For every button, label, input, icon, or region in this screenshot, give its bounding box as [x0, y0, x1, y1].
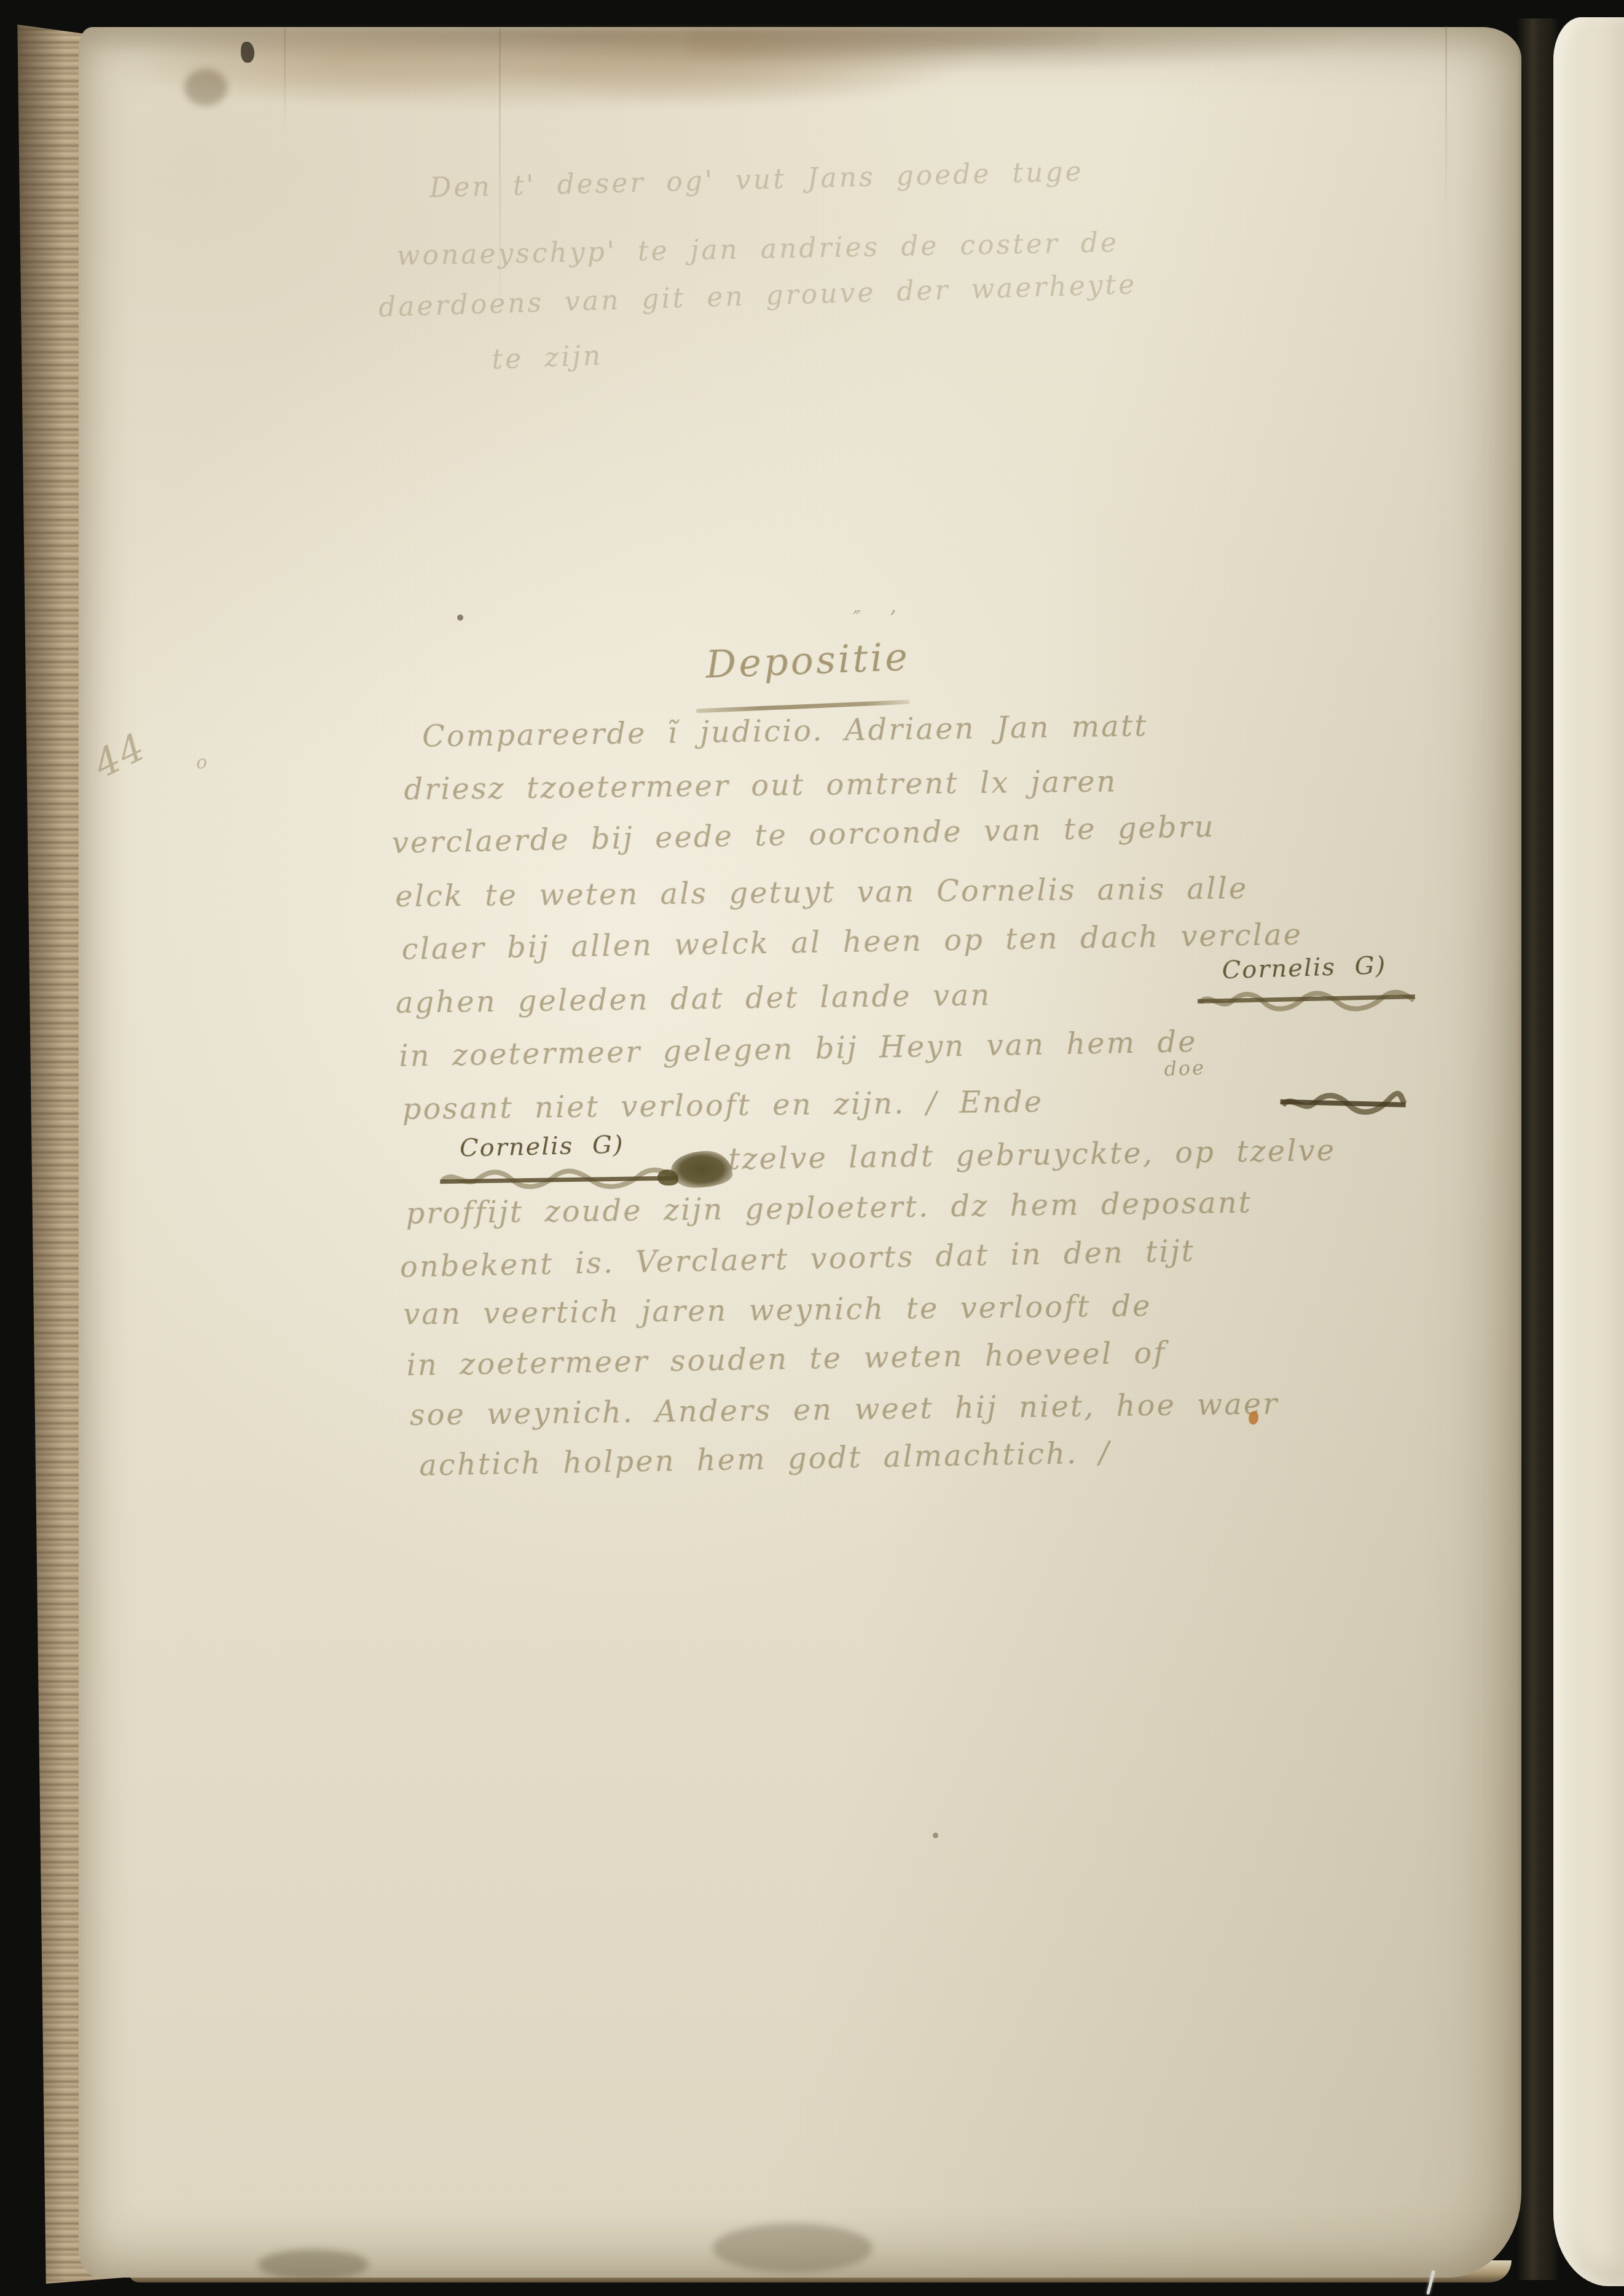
header-note-line: Den t' deser og' vut Jans goede tuge	[430, 159, 1085, 202]
body-line: elck te weten als getuyt van Cornelis an…	[395, 874, 1248, 911]
section-heading: Depositie	[705, 638, 911, 684]
bottom-smudge	[713, 2223, 873, 2273]
ink-speck	[933, 1833, 938, 1838]
struck-out-word-scribble	[439, 1163, 680, 1192]
handwriting-layer: Den t' deser og' vut Jans goede tuge won…	[0, 0, 1624, 2296]
ink-speck	[457, 615, 463, 621]
header-note-line: daerdoens van git en grouve der waerheyt…	[378, 271, 1137, 321]
body-line: verclaerde bij eede te oorconde van te g…	[391, 812, 1215, 858]
body-line: proffijt zoude zijn geploetert. dz hem d…	[406, 1188, 1252, 1229]
struck-out-word-scribble	[1196, 985, 1418, 1014]
heading-underline	[696, 700, 910, 714]
body-line: driesz tzoetermeer out omtrent lx jaren	[404, 767, 1117, 804]
body-line: posant niet verlooft en zijn. / Ende	[402, 1087, 1043, 1124]
folio-number: 44	[88, 727, 152, 784]
body-line: achtich holpen hem godt almachtich. /	[419, 1438, 1111, 1480]
interlinear-word-doe: doe	[1164, 1058, 1206, 1079]
book-photograph: Den t' deser og' vut Jans goede tuge won…	[0, 0, 1624, 2296]
body-line: tzelve landt gebruyckte, op tzelve	[728, 1136, 1336, 1174]
body-line: in zoetermeer souden te weten hoeveel of	[406, 1338, 1166, 1380]
body-line: claer bij allen welck al heen op ten dac…	[401, 920, 1303, 964]
body-line: Compareerde ĩ judicio. Adriaen Jan matt	[422, 711, 1148, 752]
margin-small-mark: o	[196, 753, 209, 772]
ink-blot-tail	[657, 1170, 678, 1185]
interlinear-insertion-left: Cornelis G)	[460, 1133, 624, 1161]
body-line: in zoetermeer gelegen bij Heyn van hem d…	[399, 1027, 1198, 1071]
interlinear-insertion-right: Cornelis G)	[1222, 953, 1387, 983]
header-note-line: wonaeyschyp' te jan andries de coster de	[396, 229, 1119, 270]
heading-marks: ″ ’	[853, 608, 902, 629]
body-line: soe weynich. Anders en weet hij niet, ho…	[410, 1389, 1279, 1430]
ink-blot	[671, 1151, 732, 1188]
body-line: van veertich jaren weynich te verlooft d…	[403, 1291, 1152, 1329]
smudge	[184, 69, 227, 106]
body-line: onbekent is. Verclaert voorts dat in den…	[399, 1236, 1195, 1282]
body-line: aghen geleden dat det lande van	[396, 980, 992, 1018]
struck-out-word-scribble	[1279, 1087, 1408, 1119]
header-note-line: te zijn	[492, 342, 604, 374]
corner-smudge	[258, 2249, 369, 2280]
ink-speck	[241, 42, 254, 63]
